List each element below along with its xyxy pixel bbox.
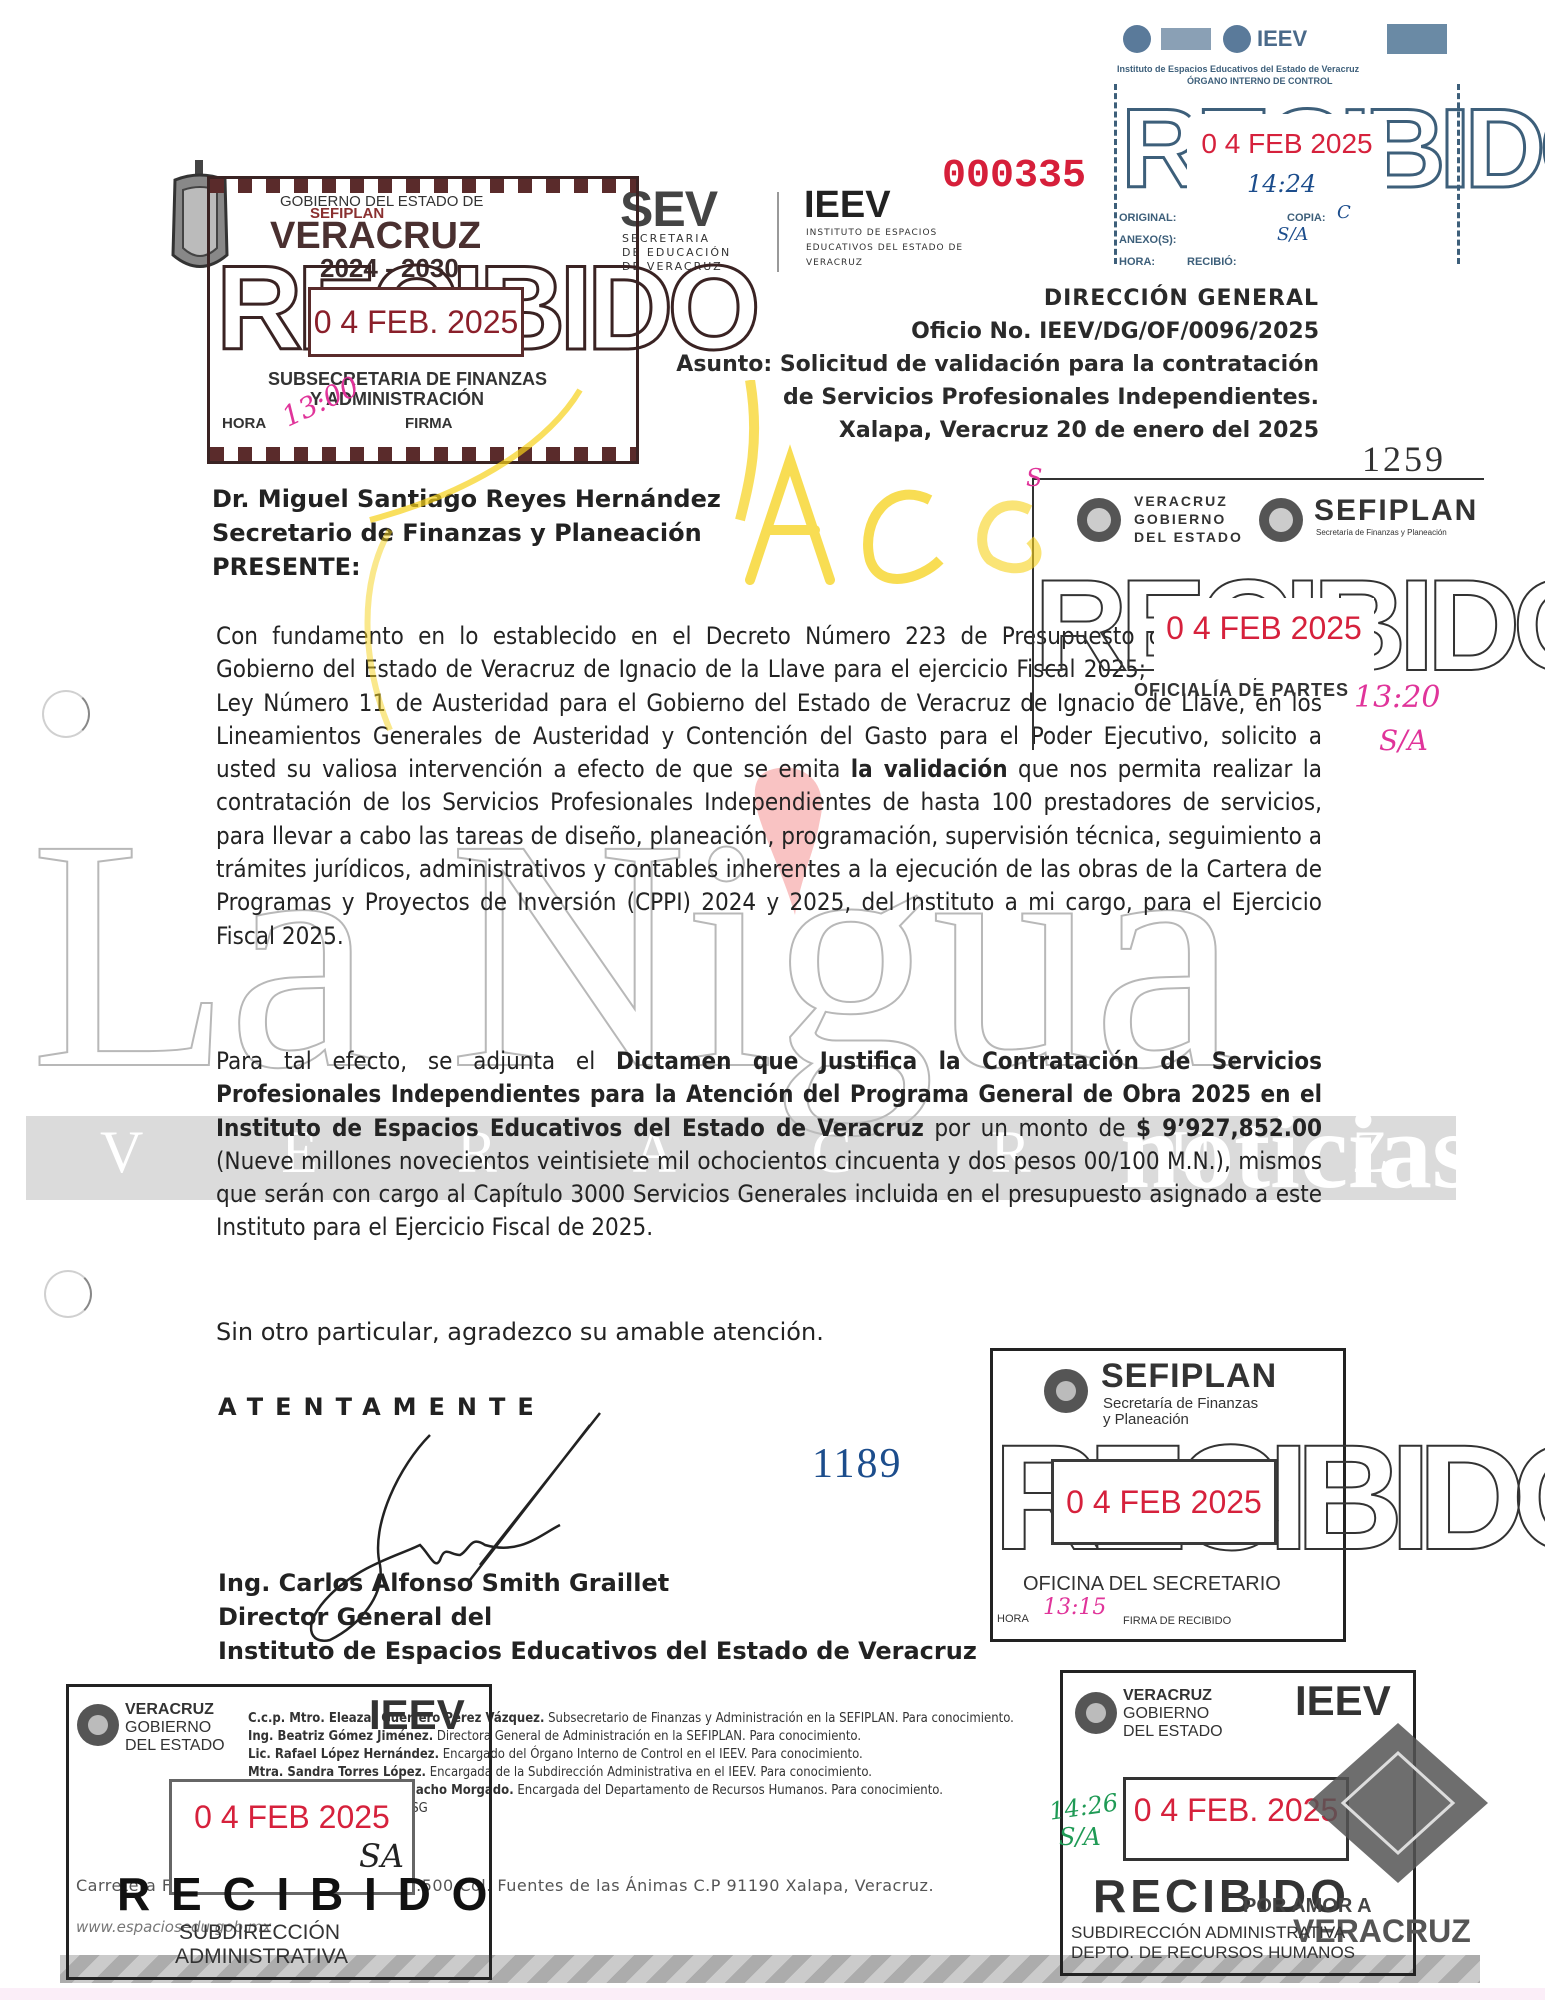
rh-gov-label: VERACRUZGOBIERNODEL ESTADO: [1123, 1687, 1223, 1741]
oic-hora-label: HORA:: [1119, 256, 1155, 268]
subadmin-office-2: ADMINISTRATIVA: [175, 1945, 348, 1969]
veracruz-seal-icon: [75, 1695, 121, 1755]
folio-red: 000335: [942, 154, 1086, 199]
page-bottom-edge: [0, 1988, 1545, 2000]
rh-hand-time: 14:26: [1047, 1788, 1119, 1825]
body-paragraph-2: Para tal efecto, se adjunta el Dictamen …: [216, 1045, 1322, 1245]
oficialia-hand-note: S/A: [1379, 724, 1428, 757]
p2-text-a: Para tal efecto, se adjunta el: [216, 1047, 616, 1075]
oic-anexo-value: S/A: [1277, 224, 1308, 245]
stamp-date: 0 4 FEB 2025: [1154, 598, 1374, 678]
punch-hole-bottom: [44, 1270, 92, 1318]
stamp-zigzag-bottom: [210, 447, 636, 461]
document-header-block: DIRECCIÓN GENERAL Oficio No. IEEV/DG/OF/…: [676, 282, 1319, 447]
stamp-subdireccion-left: VERACRUZGOBIERNODEL ESTADO IEEV 0 4 FEB …: [66, 1684, 492, 1980]
ieev-logo: IEEV: [804, 184, 891, 227]
stamp-hora-label: HORA: [222, 415, 266, 432]
p1-text-b: que nos permita realizar la contratación…: [216, 755, 1322, 949]
oficialia-gov-label: VERACRUZGOBIERNODEL ESTADO: [1134, 492, 1243, 546]
oic-logos-icon: IEEV: [1117, 14, 1457, 64]
stamp-hand-time: 14:24: [1247, 170, 1316, 198]
secretario-firma-label: FIRMA DE RECIBIDO: [1123, 1615, 1231, 1627]
stamp-recibido: R E C I B I D O: [117, 1867, 491, 1921]
header-divider: [777, 192, 779, 272]
secretario-hand-time: 13:15: [1043, 1595, 1106, 1620]
stamp-recursos-humanos: VERACRUZGOBIERNODEL ESTADO IEEV 0 4 FEB.…: [1060, 1670, 1416, 1976]
direccion-general: DIRECCIÓN GENERAL: [676, 282, 1319, 315]
folio-1189: 1189: [812, 1440, 902, 1488]
addressee: Dr. Miguel Santiago Reyes Hernández Secr…: [212, 482, 721, 584]
ieev-subtitle: INSTITUTO DE ESPACIOS EDUCATIVOS DEL EST…: [806, 226, 963, 271]
p2-text-c: (Nueve millones novecientos veintisiete …: [216, 1147, 1322, 1242]
oficio-number: Oficio No. IEEV/DG/OF/0096/2025: [676, 315, 1319, 348]
asunto-line-2: de Servicios Profesionales Independiente…: [676, 381, 1319, 414]
oic-anexo-label: ANEXO(S):: [1119, 234, 1176, 246]
stamp-oic: IEEV Instituto de Espacios Educativos de…: [1114, 84, 1460, 264]
rh-office-2: DEPTO. DE RECURSOS HUMANOS: [1071, 1943, 1355, 1963]
secretario-sub-1: Secretaría de Finanzas: [1103, 1395, 1258, 1412]
ieev-sub-line: EDUCATIVOS DEL ESTADO DE: [806, 241, 963, 256]
veracruz-seal-icon: [1074, 490, 1124, 550]
subadmin-office-1: SUBDIRECCIÓN: [179, 1921, 340, 1945]
place-date: Xalapa, Veracruz 20 de enero del 2025: [676, 414, 1319, 447]
sefiplan-seal-icon: [1256, 490, 1306, 550]
rh-hand-note: S/A: [1059, 1823, 1101, 1851]
stamp-zigzag-top: [210, 179, 636, 193]
folio-1259: 1259: [1362, 438, 1446, 480]
oficialia-sefiplan-sub: Secretaría de Finanzas y Planeación: [1316, 528, 1447, 537]
stamp-date: 0 4 FEB 2025: [1187, 114, 1387, 214]
oic-recibio-label: RECIBIÓ:: [1187, 256, 1237, 268]
asunto-line-1: Asunto: Solicitud de validación para la …: [676, 348, 1319, 381]
subadmin-ieev: IEEV: [369, 1691, 465, 1739]
stamp-oficialia: VERACRUZGOBIERNODEL ESTADO SEFIPLAN Secr…: [1032, 478, 1484, 750]
oic-copia-value: C: [1337, 202, 1351, 223]
p1-bold: la validación: [851, 755, 1008, 783]
oic-copia-label: COPIA:: [1287, 212, 1326, 224]
punch-hole-top: [42, 690, 90, 738]
p2-amount: $ 9’927,852.00: [1136, 1114, 1322, 1142]
addressee-presente: PRESENTE:: [212, 550, 721, 584]
p2-text-b: por un monto de: [924, 1114, 1136, 1142]
secretario-sefiplan: SEFIPLAN: [1101, 1357, 1277, 1396]
veracruz-seal-icon: [1073, 1683, 1119, 1743]
veracruz-diamond-logo-icon: [1303, 1723, 1493, 1883]
oficialia-office: OFICIALÍA DE PARTES: [1134, 680, 1349, 701]
ieev-sub-line: VERACRUZ: [806, 256, 963, 271]
oficialia-hand-time: 13:20: [1354, 680, 1440, 715]
addressee-name: Dr. Miguel Santiago Reyes Hernández: [212, 482, 721, 516]
stamp-oficina-secretario: SEFIPLAN Secretaría de Finanzas y Planea…: [990, 1348, 1346, 1642]
stamp-subsecretaria: GOBIERNO DEL ESTADO DE SEFIPLAN VERACRUZ…: [207, 176, 639, 464]
hand-mark: S: [1026, 464, 1042, 492]
secretario-hora-label: HORA: [997, 1613, 1029, 1625]
stamp-firma-label: FIRMA: [405, 415, 453, 432]
stamp-date: 0 4 FEB 2025: [1051, 1459, 1277, 1545]
oic-org-1: Instituto de Espacios Educativos del Est…: [1117, 64, 1359, 74]
addressee-title: Secretario de Finanzas y Planeación: [212, 516, 721, 550]
oic-original-label: ORIGINAL:: [1119, 212, 1176, 224]
secretario-office: OFICINA DEL SECRETARIO: [1023, 1573, 1281, 1596]
stamp-date: 0 4 FEB. 2025: [308, 287, 524, 357]
closing-line: Sin otro particular, agradezco su amable…: [216, 1318, 824, 1346]
signature-icon: [290, 1405, 630, 1655]
rh-ieev: IEEV: [1295, 1677, 1391, 1725]
oficialia-sefiplan: SEFIPLAN: [1314, 494, 1478, 528]
svg-text:IEEV: IEEV: [1257, 26, 1307, 51]
subadmin-gov-label: VERACRUZGOBIERNODEL ESTADO: [125, 1701, 225, 1755]
rh-office-1: SUBDIRECCIÓN ADMINISTRATIVA: [1071, 1923, 1345, 1943]
ieev-sub-line: INSTITUTO DE ESPACIOS: [806, 226, 963, 241]
